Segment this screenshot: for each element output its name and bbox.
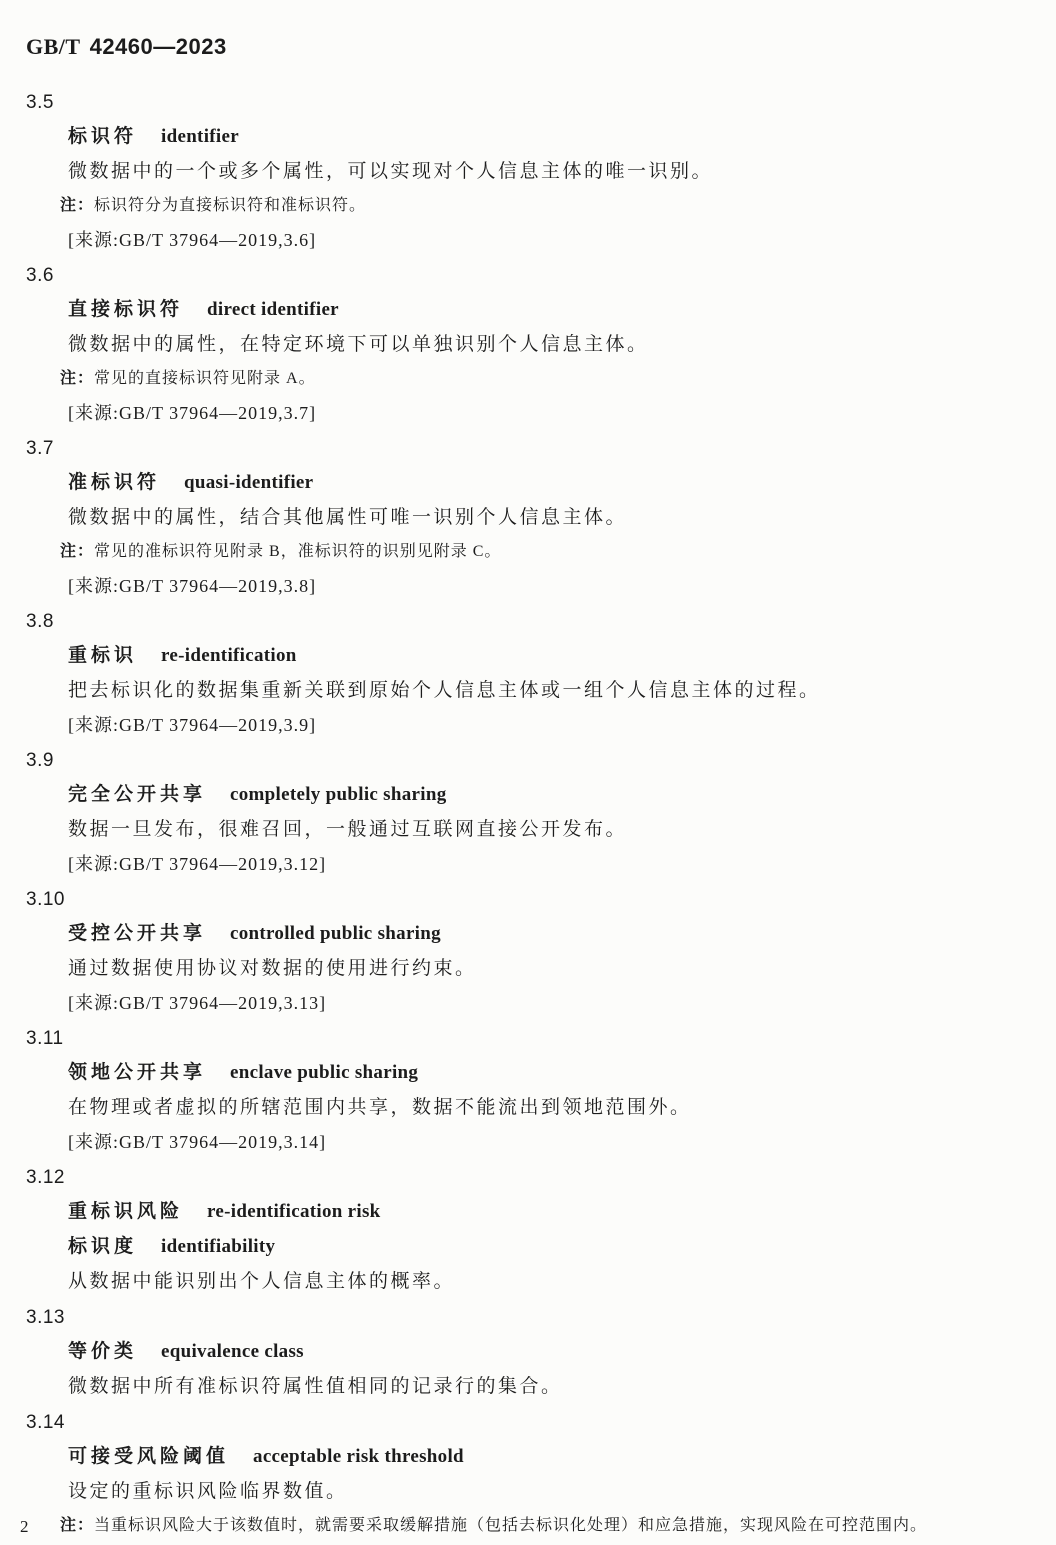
term-section: 3.7 准标识符quasi-identifier 微数据中的属性，结合其他属性可… — [0, 432, 1056, 603]
term-line: 重标识风险re-identification risk — [68, 1195, 1056, 1230]
term-line: 直接标识符direct identifier — [68, 293, 1056, 328]
clause-number: 3.9 — [26, 744, 1056, 778]
term-chinese: 标识度 — [68, 1236, 137, 1257]
note-label: 注： — [60, 1517, 94, 1534]
definition-text: 在物理或者虚拟的所辖范围内共享，数据不能流出到领地范围外。 — [68, 1091, 1056, 1125]
term-chinese: 可接受风险阈值 — [68, 1446, 229, 1467]
terminology-sections: 3.5 标识符identifier 微数据中的一个或多个属性，可以实现对个人信息… — [0, 86, 1056, 1543]
term-english: acceptable risk threshold — [253, 1446, 464, 1467]
term-chinese: 标识符 — [68, 126, 137, 147]
note-label: 注： — [60, 370, 94, 387]
term-section: 3.14 可接受风险阈值acceptable risk threshold 设定… — [0, 1406, 1056, 1543]
term-english: controlled public sharing — [230, 923, 441, 944]
note-line: 注：标识符分为直接标识符和准标识符。 — [60, 189, 1056, 223]
definition-text: 微数据中的属性，结合其他属性可唯一识别个人信息主体。 — [68, 501, 1056, 535]
term-chinese: 受控公开共享 — [68, 923, 206, 944]
source-citation: [来源:GB/T 37964—2019,3.7] — [68, 396, 1056, 430]
term-line: 受控公开共享controlled public sharing — [68, 917, 1056, 952]
definition-text: 微数据中的属性，在特定环境下可以单独识别个人信息主体。 — [68, 328, 1056, 362]
term-section: 3.11 领地公开共享enclave public sharing 在物理或者虚… — [0, 1022, 1056, 1159]
term-lines: 受控公开共享controlled public sharing — [0, 917, 1056, 952]
term-lines: 重标识re-identification — [0, 639, 1056, 674]
term-lines: 重标识风险re-identification risk标识度identifiab… — [0, 1195, 1056, 1265]
definition-text: 微数据中所有准标识符属性值相同的记录行的集合。 — [68, 1370, 1056, 1404]
term-section: 3.8 重标识re-identification 把去标识化的数据集重新关联到原… — [0, 605, 1056, 742]
note-line: 注：当重标识风险大于该数值时，就需要采取缓解措施（包括去标识化处理）和应急措施，… — [60, 1509, 1056, 1543]
clause-number: 3.13 — [26, 1301, 1056, 1335]
term-line: 可接受风险阈值acceptable risk threshold — [68, 1440, 1056, 1475]
term-lines: 等价类equivalence class — [0, 1335, 1056, 1370]
definition-text: 通过数据使用协议对数据的使用进行约束。 — [68, 952, 1056, 986]
term-english: enclave public sharing — [230, 1062, 418, 1083]
source-citation: [来源:GB/T 37964—2019,3.9] — [68, 708, 1056, 742]
source-citation: [来源:GB/T 37964—2019,3.12] — [68, 847, 1056, 881]
term-chinese: 等价类 — [68, 1341, 137, 1362]
term-section: 3.13 等价类equivalence class 微数据中所有准标识符属性值相… — [0, 1301, 1056, 1404]
note-text: 标识符分为直接标识符和准标识符。 — [94, 197, 366, 214]
term-line: 准标识符quasi-identifier — [68, 466, 1056, 501]
term-section: 3.6 直接标识符direct identifier 微数据中的属性，在特定环境… — [0, 259, 1056, 430]
term-english: quasi-identifier — [184, 472, 313, 493]
definition-text: 微数据中的一个或多个属性，可以实现对个人信息主体的唯一识别。 — [68, 155, 1056, 189]
term-chinese: 准标识符 — [68, 472, 160, 493]
standard-number: 42460—2023 — [90, 34, 227, 59]
term-english: completely public sharing — [230, 784, 447, 805]
term-line: 完全公开共享completely public sharing — [68, 778, 1056, 813]
term-section: 3.9 完全公开共享completely public sharing 数据一旦… — [0, 744, 1056, 881]
term-line: 标识符identifier — [68, 120, 1056, 155]
source-citation: [来源:GB/T 37964—2019,3.14] — [68, 1125, 1056, 1159]
clause-number: 3.5 — [26, 86, 1056, 120]
document-page: GB/T42460—2023 3.5 标识符identifier 微数据中的一个… — [0, 0, 1056, 1545]
term-english: direct identifier — [207, 299, 339, 320]
term-lines: 标识符identifier — [0, 120, 1056, 155]
standard-prefix: GB/T — [26, 34, 81, 59]
note-label: 注： — [60, 197, 94, 214]
source-citation: [来源:GB/T 37964—2019,3.13] — [68, 986, 1056, 1020]
term-lines: 领地公开共享enclave public sharing — [0, 1056, 1056, 1091]
document-code-header: GB/T42460—2023 — [26, 34, 1056, 60]
note-line: 注：常见的直接标识符见附录 A。 — [60, 362, 1056, 396]
clause-number: 3.14 — [26, 1406, 1056, 1440]
term-chinese: 直接标识符 — [68, 299, 183, 320]
clause-number: 3.7 — [26, 432, 1056, 466]
term-section: 3.10 受控公开共享controlled public sharing 通过数… — [0, 883, 1056, 1020]
term-english: re-identification — [161, 645, 297, 666]
term-english: re-identification risk — [207, 1201, 381, 1222]
term-english: equivalence class — [161, 1341, 304, 1362]
definition-text: 设定的重标识风险临界数值。 — [68, 1475, 1056, 1509]
clause-number: 3.8 — [26, 605, 1056, 639]
note-line: 注：常见的准标识符见附录 B，准标识符的识别见附录 C。 — [60, 535, 1056, 569]
note-label: 注： — [60, 543, 94, 560]
term-lines: 完全公开共享completely public sharing — [0, 778, 1056, 813]
term-english: identifiability — [161, 1236, 275, 1257]
source-citation: [来源:GB/T 37964—2019,3.8] — [68, 569, 1056, 603]
term-lines: 准标识符quasi-identifier — [0, 466, 1056, 501]
source-citation: [来源:GB/T 37964—2019,3.6] — [68, 223, 1056, 257]
clause-number: 3.10 — [26, 883, 1056, 917]
clause-number: 3.12 — [26, 1161, 1056, 1195]
term-section: 3.5 标识符identifier 微数据中的一个或多个属性，可以实现对个人信息… — [0, 86, 1056, 257]
note-text: 常见的直接标识符见附录 A。 — [94, 370, 316, 387]
term-lines: 直接标识符direct identifier — [0, 293, 1056, 328]
clause-number: 3.11 — [26, 1022, 1056, 1056]
term-lines: 可接受风险阈值acceptable risk threshold — [0, 1440, 1056, 1475]
definition-text: 数据一旦发布，很难召回，一般通过互联网直接公开发布。 — [68, 813, 1056, 847]
term-chinese: 重标识风险 — [68, 1201, 183, 1222]
definition-text: 把去标识化的数据集重新关联到原始个人信息主体或一组个人信息主体的过程。 — [68, 674, 1056, 708]
note-text: 当重标识风险大于该数值时，就需要采取缓解措施（包括去标识化处理）和应急措施，实现… — [94, 1517, 927, 1534]
term-line: 等价类equivalence class — [68, 1335, 1056, 1370]
clause-number: 3.6 — [26, 259, 1056, 293]
term-chinese: 领地公开共享 — [68, 1062, 206, 1083]
term-chinese: 重标识 — [68, 645, 137, 666]
term-section: 3.12 重标识风险re-identification risk标识度ident… — [0, 1161, 1056, 1299]
term-line: 标识度identifiability — [68, 1230, 1056, 1265]
note-text: 常见的准标识符见附录 B，准标识符的识别见附录 C。 — [94, 543, 501, 560]
term-line: 重标识re-identification — [68, 639, 1056, 674]
term-chinese: 完全公开共享 — [68, 784, 206, 805]
term-line: 领地公开共享enclave public sharing — [68, 1056, 1056, 1091]
term-english: identifier — [161, 126, 239, 147]
page-number: 2 — [20, 1517, 29, 1537]
definition-text: 从数据中能识别出个人信息主体的概率。 — [68, 1265, 1056, 1299]
